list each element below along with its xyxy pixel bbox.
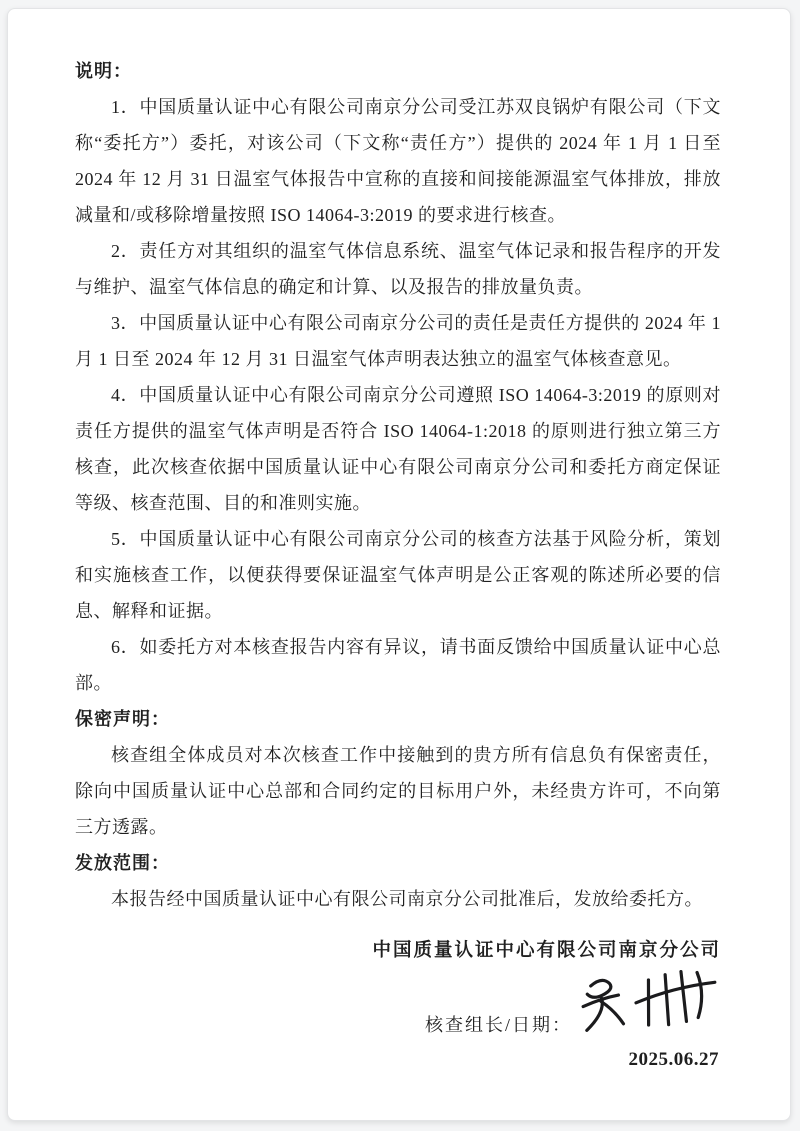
- explanation-paragraph-6: 6．如委托方对本核查报告内容有异议，请书面反馈给中国质量认证中心总部。: [75, 629, 721, 701]
- issuing-company-name: 中国质量认证中心有限公司南京分公司: [75, 933, 721, 969]
- handwritten-signature: [570, 962, 727, 1042]
- explanation-paragraph-1: 1．中国质量认证中心有限公司南京分公司受江苏双良锅炉有限公司（下文称“委托方”）…: [75, 89, 721, 233]
- team-leader-date-label: 核查组长/日期：: [425, 1011, 572, 1037]
- signature-transcription: 吴姗姗: [75, 973, 76, 974]
- explanation-paragraph-4: 4．中国质量认证中心有限公司南京分公司遵照 ISO 14064-3:2019 的…: [75, 377, 721, 521]
- distribution-heading: 发放范围：: [75, 845, 721, 881]
- signature-block: 核查组长/日期： 吴姗姗: [75, 973, 721, 1047]
- explanation-paragraph-3: 3．中国质量认证中心有限公司南京分公司的责任是责任方提供的 2024 年 1 月…: [75, 305, 721, 377]
- confidentiality-heading: 保密声明：: [75, 701, 721, 737]
- explanation-paragraph-2: 2．责任方对其组织的温室气体信息系统、温室气体记录和报告程序的开发与维护、温室气…: [75, 233, 721, 305]
- explanation-paragraph-5: 5．中国质量认证中心有限公司南京分公司的核查方法基于风险分析，策划和实施核查工作…: [75, 521, 721, 629]
- explanation-heading: 说明：: [75, 53, 721, 89]
- signature-date: 2025.06.27: [75, 1049, 721, 1071]
- distribution-paragraph: 本报告经中国质量认证中心有限公司南京分公司批准后，发放给委托方。: [75, 881, 721, 917]
- confidentiality-paragraph: 核查组全体成员对本次核查工作中接触到的贵方所有信息负有保密责任，除向中国质量认证…: [75, 737, 721, 845]
- document-page: 说明： 1．中国质量认证中心有限公司南京分公司受江苏双良锅炉有限公司（下文称“委…: [7, 8, 791, 1121]
